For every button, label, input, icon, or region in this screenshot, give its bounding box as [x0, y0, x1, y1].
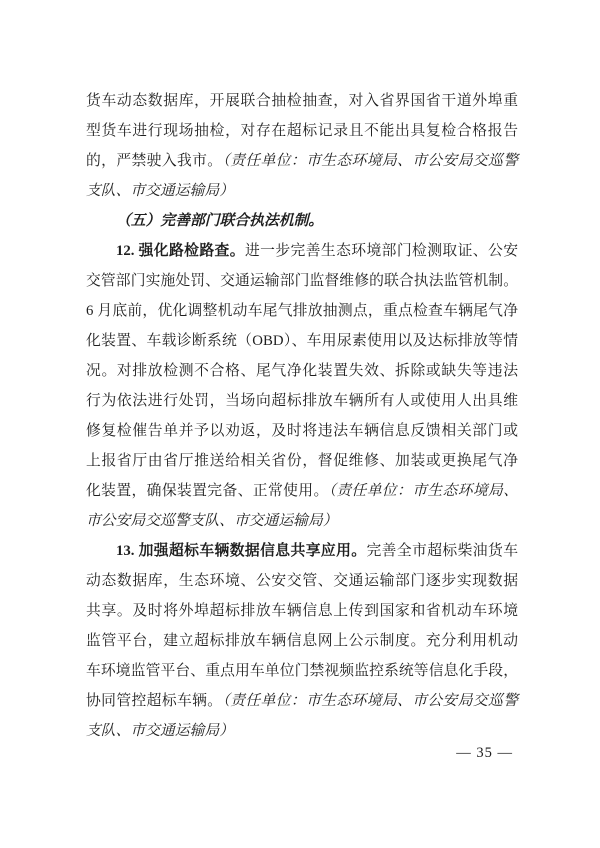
text-line: 行为依法进行处罚，当场向超标排放车辆所有人或使用人出具维: [86, 386, 518, 416]
text-line: 上报省厅由省厅推送给相关省份，督促维修、加装或更换尾气净: [86, 446, 518, 476]
text-line: 的，严禁驶入我市。（责任单位：市生态环境局、市公安局交巡警: [86, 146, 518, 176]
text-line: 交管部门实施处罚、交通运输部门监督维修的联合执法监管机制。: [86, 266, 518, 296]
text-line: 监管平台，建立超标排放车辆信息网上公示制度。充分利用机动: [86, 626, 518, 656]
text-segment: 市公安局交巡警支队、市交通运输局）: [86, 513, 338, 529]
text-line: 市公安局交巡警支队、市交通运输局）: [86, 506, 518, 536]
text-line: 动态数据库，生态环境、公安交管、交通运输部门逐步实现数据: [86, 566, 518, 596]
text-line: 修复检催告单并予以劝返，及时将违法车辆信息反馈相关部门或: [86, 416, 518, 446]
text-segment: 的，严禁驶入我市。: [86, 153, 222, 169]
text-segment: 监管平台，建立超标排放车辆信息网上公示制度。充分利用机动: [86, 633, 518, 649]
text-segment: 车环境监管平台、重点用车单位门禁视频监控系统等信息化手段，: [86, 663, 518, 679]
text-segment: 进一步完善生态环境部门检测取证、公安: [245, 243, 518, 259]
text-line: 13. 加强超标车辆数据信息共享应用。完善全市超标柴油货车: [86, 536, 518, 566]
text-segment: 交管部门实施处罚、交通运输部门监督维修的联合执法监管机制。: [86, 273, 518, 289]
text-segment: 共享。及时将外埠超标排放车辆信息上传到国家和省机动车环境: [86, 603, 518, 619]
text-segment: （责任单位：市生态环境局、: [329, 483, 518, 499]
document-body: 货车动态数据库，开展联合抽检抽查，对入省界国省干道外埠重型货车进行现场抽检，对存…: [86, 86, 518, 746]
text-line: 12. 强化路检路查。进一步完善生态环境部门检测取证、公安: [86, 236, 518, 266]
text-segment: 修复检催告单并予以劝返，及时将违法车辆信息反馈相关部门或: [86, 423, 518, 439]
text-segment: （责任单位：市生态环境局、市公安局交巡警: [222, 153, 518, 169]
text-segment: 12. 强化路检路查。: [116, 243, 245, 259]
text-line: 车环境监管平台、重点用车单位门禁视频监控系统等信息化手段，: [86, 656, 518, 686]
text-line: 型货车进行现场抽检，对存在超标记录且不能出具复检合格报告: [86, 116, 518, 146]
text-line: 货车动态数据库，开展联合抽检抽查，对入省界国省干道外埠重: [86, 86, 518, 116]
text-segment: 动态数据库，生态环境、公安交管、交通运输部门逐步实现数据: [86, 573, 518, 589]
text-segment: 型货车进行现场抽检，对存在超标记录且不能出具复检合格报告: [86, 123, 518, 139]
text-segment: 协同管控超标车辆。: [86, 693, 222, 709]
text-line: 支队、市交通运输局）: [86, 716, 518, 746]
text-segment: 行为依法进行处罚，当场向超标排放车辆所有人或使用人出具维: [86, 393, 518, 409]
text-segment: 化装置、车载诊断系统（OBD）、车用尿素使用以及达标排放等情: [86, 333, 518, 349]
text-line: 共享。及时将外埠超标排放车辆信息上传到国家和省机动车环境: [86, 596, 518, 626]
text-line: 化装置，确保装置完备、正常使用。（责任单位：市生态环境局、: [86, 476, 518, 506]
text-segment: 货车动态数据库，开展联合抽检抽查，对入省界国省干道外埠重: [86, 93, 518, 109]
text-line: 协同管控超标车辆。（责任单位：市生态环境局、市公安局交巡警: [86, 686, 518, 716]
text-segment: （责任单位：市生态环境局、市公安局交巡警: [222, 693, 518, 709]
text-line: （五）完善部门联合执法机制。: [86, 206, 518, 236]
text-segment: 支队、市交通运输局）: [86, 723, 234, 739]
text-segment: 况。对排放检测不合格、尾气净化装置失效、拆除或缺失等违法: [86, 363, 518, 379]
text-line: 况。对排放检测不合格、尾气净化装置失效、拆除或缺失等违法: [86, 356, 518, 386]
text-segment: 上报省厅由省厅推送给相关省份，督促维修、加装或更换尾气净: [86, 453, 518, 469]
text-segment: 完善全市超标柴油货车: [366, 543, 518, 559]
text-segment: 6 月底前，优化调整机动车尾气排放抽测点，重点检查车辆尾气净: [86, 303, 518, 319]
text-segment: 13. 加强超标车辆数据信息共享应用。: [116, 543, 366, 559]
text-line: 支队、市交通运输局）: [86, 176, 518, 206]
text-line: 化装置、车载诊断系统（OBD）、车用尿素使用以及达标排放等情: [86, 326, 518, 356]
text-segment: 支队、市交通运输局）: [86, 183, 234, 199]
document-page: 货车动态数据库，开展联合抽检抽查，对入省界国省干道外埠重型货车进行现场抽检，对存…: [0, 0, 600, 848]
text-segment: （五）完善部门联合执法机制。: [116, 213, 323, 229]
page-number: — 35 —: [456, 743, 513, 763]
text-segment: 化装置，确保装置完备、正常使用。: [86, 483, 329, 499]
text-line: 6 月底前，优化调整机动车尾气排放抽测点，重点检查车辆尾气净: [86, 296, 518, 326]
